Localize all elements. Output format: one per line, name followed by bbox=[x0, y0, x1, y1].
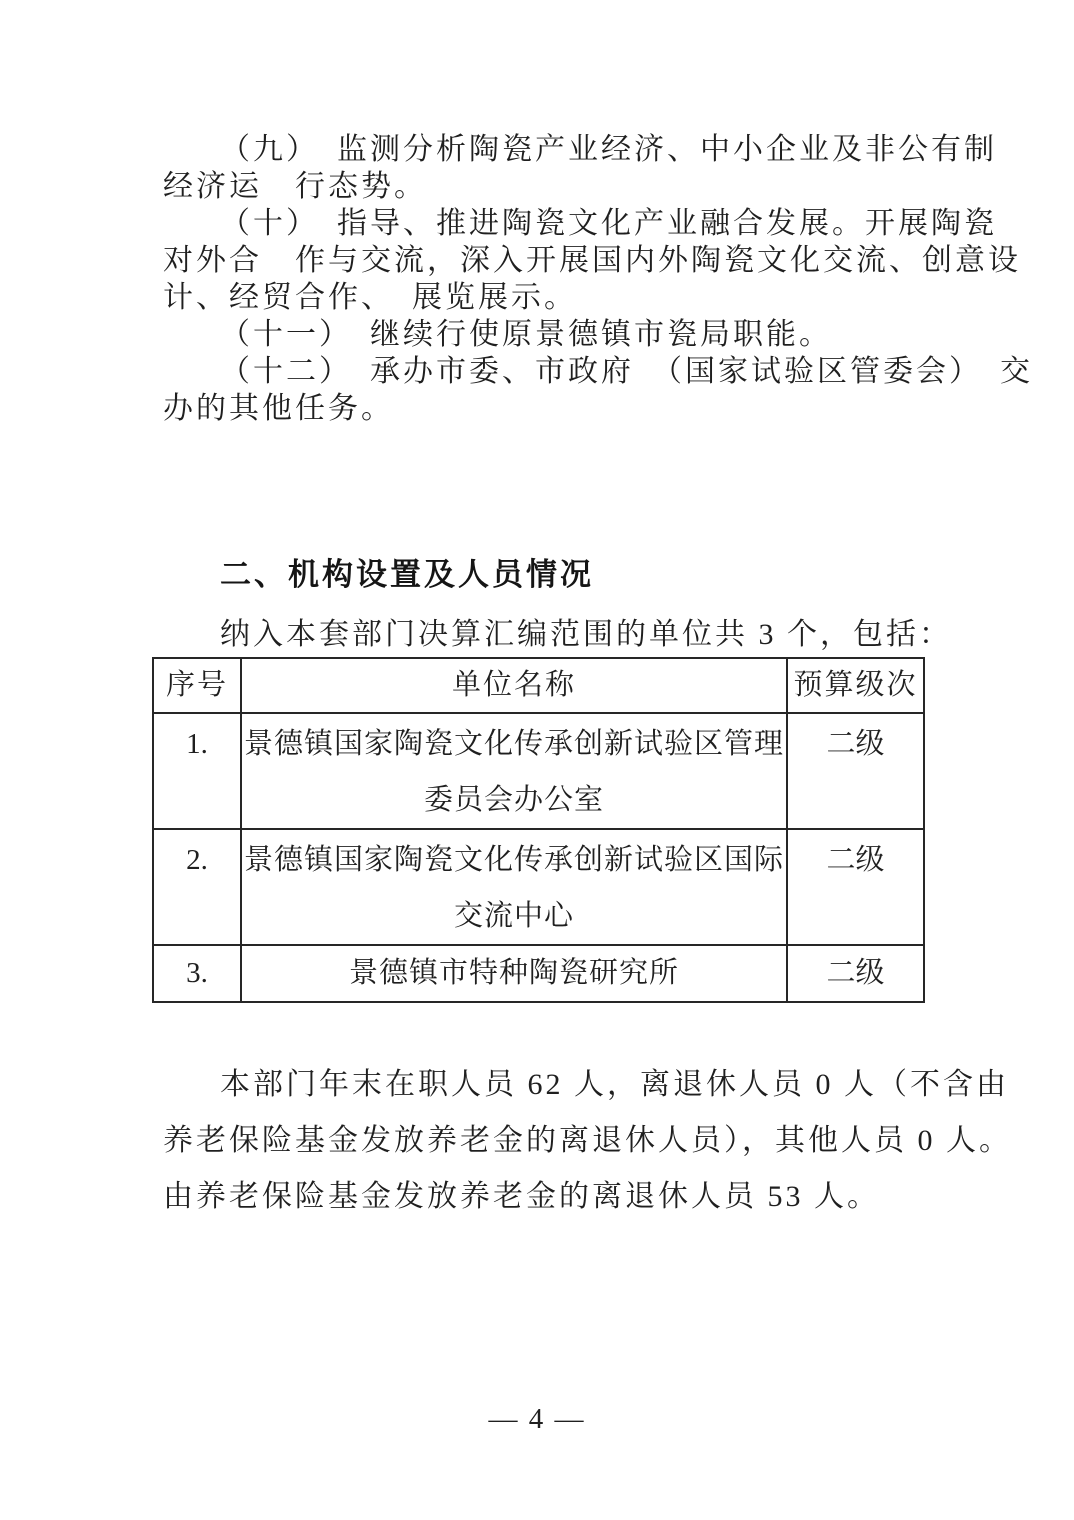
budget-level-cell: 二级 bbox=[787, 713, 924, 829]
col-header-index: 序号 bbox=[153, 658, 241, 713]
budget-level-cell: 二级 bbox=[787, 829, 924, 945]
table-row-2: 2. 景德镇国家陶瓷文化传承创新试验区国际 交流中心 二级 bbox=[153, 829, 924, 945]
duties-paragraphs: （九） 监测分析陶瓷产业经济、中小企业及非公有制 经济运 行态势。 （十） 指导… bbox=[163, 131, 953, 427]
lead-sentence: 纳入本套部门决算汇编范围的单位共 3 个，包括： bbox=[163, 609, 952, 653]
unit-name-line: 景德镇国家陶瓷文化传承创新试验区国际 bbox=[242, 832, 786, 888]
unit-name-cell: 景德镇市特种陶瓷研究所 bbox=[241, 945, 787, 1002]
col-header-budget-level: 预算级次 bbox=[787, 658, 924, 713]
units-table: 序号 单位名称 预算级次 1. 景德镇国家陶瓷文化传承创新试验区管理 委员会办公… bbox=[152, 657, 925, 1003]
budget-level-cell: 二级 bbox=[787, 945, 924, 1002]
table-row-1: 1. 景德镇国家陶瓷文化传承创新试验区管理 委员会办公室 二级 bbox=[153, 713, 924, 829]
duty-line-12b: 办的其他任务。 bbox=[163, 390, 953, 427]
duty-line-10a: （十） 指导、推进陶瓷文化产业融合发展。开展陶瓷 bbox=[163, 205, 953, 242]
table-header-row: 序号 单位名称 预算级次 bbox=[153, 658, 924, 713]
row-index-cell: 1. bbox=[153, 713, 241, 829]
personnel-line-2: 养老保险基金发放养老金的离退休人员），其他人员 0 人。 bbox=[163, 1113, 953, 1169]
document-page: （九） 监测分析陶瓷产业经济、中小企业及非公有制 经济运 行态势。 （十） 指导… bbox=[0, 0, 1074, 1520]
unit-name-cell: 景德镇国家陶瓷文化传承创新试验区管理 委员会办公室 bbox=[241, 713, 787, 829]
unit-name-line: 交流中心 bbox=[242, 888, 786, 944]
unit-name-line: 委员会办公室 bbox=[242, 772, 786, 828]
duty-line-9a: （九） 监测分析陶瓷产业经济、中小企业及非公有制 bbox=[163, 131, 953, 168]
duty-line-10b: 对外合 作与交流，深入开展国内外陶瓷文化交流、创意设 bbox=[163, 242, 953, 279]
personnel-paragraph: 本部门年末在职人员 62 人，离退休人员 0 人（不含由 养老保险基金发放养老金… bbox=[163, 1057, 953, 1225]
page-number: — 4 — bbox=[0, 1403, 1074, 1436]
col-header-unit-name: 单位名称 bbox=[241, 658, 787, 713]
personnel-line-3: 由养老保险基金发放养老金的离退休人员 53 人。 bbox=[163, 1169, 953, 1225]
unit-name-line: 景德镇国家陶瓷文化传承创新试验区管理 bbox=[242, 716, 786, 772]
section-heading: 二、机构设置及人员情况 bbox=[220, 549, 594, 594]
unit-name-cell: 景德镇国家陶瓷文化传承创新试验区国际 交流中心 bbox=[241, 829, 787, 945]
table-row-3: 3. 景德镇市特种陶瓷研究所 二级 bbox=[153, 945, 924, 1002]
unit-name-line: 景德镇市特种陶瓷研究所 bbox=[242, 946, 786, 1001]
duty-line-12a: （十二） 承办市委、市政府 （国家试验区管委会） 交 bbox=[163, 353, 953, 390]
row-index-cell: 2. bbox=[153, 829, 241, 945]
row-index-cell: 3. bbox=[153, 945, 241, 1002]
duty-line-10c: 计、经贸合作、 展览展示。 bbox=[163, 279, 953, 316]
duty-line-9b: 经济运 行态势。 bbox=[163, 168, 953, 205]
duty-line-11: （十一） 继续行使原景德镇市瓷局职能。 bbox=[163, 316, 953, 353]
personnel-line-1: 本部门年末在职人员 62 人，离退休人员 0 人（不含由 bbox=[163, 1057, 953, 1113]
